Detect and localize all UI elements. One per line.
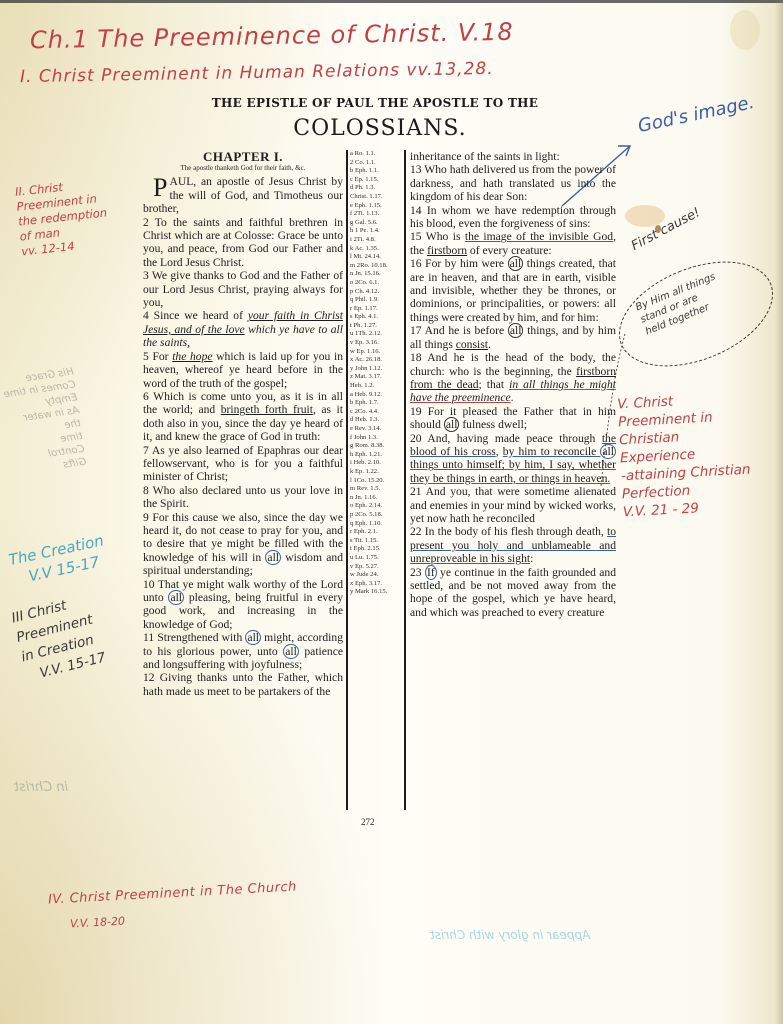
annotation-section-1: I. Christ Preeminent in Human Relations … [20, 59, 494, 87]
cross-reference: b Eph. 1.7. [350, 399, 402, 408]
verse-12: 12 Giving thanks unto the Father, which … [143, 671, 343, 698]
verse-5: 5 For the hope which is laid up for you … [143, 350, 343, 390]
cross-reference: o Eph. 2.14. [350, 502, 402, 511]
cross-reference: v Ep. 5.27. [350, 563, 402, 572]
cross-reference: g Rom. 8.38. [350, 442, 402, 451]
annotation-section-5: V. Christ Preeminent in Christian Experi… [617, 389, 753, 522]
cross-reference: r Ep. 1.17. [350, 305, 402, 314]
cross-reference: l 1Co. 15.20. [350, 477, 402, 486]
verse-13: 13 Who hath delivered us from the power … [410, 163, 616, 203]
verse-1: PAUL, an apostle of Jesus Christ by the … [143, 175, 343, 215]
cross-reference: d Ph. 1.3. [350, 184, 402, 193]
cross-reference: i Heb. 2.10. [350, 459, 402, 468]
annotation-section-3: III Christ Preeminent in Creation V.V. 1… [10, 589, 108, 686]
circled-word: all [168, 590, 184, 605]
cross-reference: 2 Co. 1.1. [350, 159, 402, 168]
cross-reference: z Mat. 3.17. [350, 373, 402, 382]
chapter-heading: CHAPTER I. [143, 150, 343, 163]
cross-reference: y Mark 16.15. [350, 588, 402, 597]
verse-8: 8 Who also declared unto us your love in… [143, 484, 343, 511]
text-column-right: inheritance of the saints in light: 13 W… [410, 150, 616, 619]
verse-7: 7 As ye also learned of Epaphras our dea… [143, 444, 343, 484]
page-top-edge [0, 0, 783, 3]
cross-reference: Christ. 1.17. [350, 193, 402, 202]
page-right-edge [775, 0, 783, 1024]
cross-reference: t Eph. 2.15. [350, 545, 402, 554]
verse-4: 4 Since we heard of your faith in Christ… [143, 309, 343, 349]
verse-19: 19 For it pleased the Father that in him… [410, 405, 616, 432]
circled-word: all [508, 323, 524, 338]
cross-reference: f 2Ti. 1.13. [350, 210, 402, 219]
cross-reference: f John 1.3. [350, 434, 402, 443]
book-title: COLOSSIANS. [230, 116, 530, 141]
cross-reference: a Ro. 1.1. [350, 150, 402, 159]
cross-reference: y John 1.12. [350, 365, 402, 374]
cross-reference: v Ep. 3.16. [350, 339, 402, 348]
cross-reference: x Ac. 26.18. [350, 356, 402, 365]
verse-10: 10 That ye might walk worthy of the Lord… [143, 578, 343, 632]
cross-reference: d Heb. 1.3. [350, 416, 402, 425]
verse-22: 22 In the body of his flesh through deat… [410, 525, 616, 565]
cross-reference: s Eph. 4.1. [350, 313, 402, 322]
verse-12-cont: inheritance of the saints in light: [410, 150, 616, 163]
verse-9: 9 For this cause we also, since the day … [143, 511, 343, 578]
annotation-faint-mirror: His Grace Comes in time Empty As in wate… [1, 365, 87, 478]
cross-reference: l Mt. 24.14. [350, 253, 402, 262]
cross-reference: e Rev. 3.14. [350, 425, 402, 434]
circled-word: all [245, 630, 261, 645]
cross-reference: m Rev. 1.5. [350, 485, 402, 494]
annotation-creation: The Creation V.V 15-17 [7, 530, 110, 589]
dropcap: P [153, 177, 167, 199]
verse-2: 2 To the saints and faithful brethren in… [143, 216, 343, 270]
verse-6: 6 Which is come unto you, as it is in al… [143, 390, 343, 444]
circled-word: all [283, 644, 299, 659]
verse-3: 3 We give thanks to God and the Father o… [143, 269, 343, 309]
cross-reference: i 2Ti. 4.8. [350, 236, 402, 245]
cross-reference: p Ch. 4.12. [350, 288, 402, 297]
cross-reference: w Ep. 1.16. [350, 348, 402, 357]
cross-reference: u 1Th. 2.12. [350, 330, 402, 339]
cross-reference: a Heb. 9.12. [350, 391, 402, 400]
paper-stain [730, 10, 760, 50]
cross-reference: t Ph. 1.27. [350, 322, 402, 331]
chapter-summary: The apostle thanketh God for their faith… [143, 164, 343, 173]
cross-reference: u Lu. 1.75. [350, 554, 402, 563]
verse-17: 17 And he is before all things, and by h… [410, 324, 616, 351]
cross-reference: h Eph. 1.21. [350, 451, 402, 460]
cross-reference: b Eph. 1.1. [350, 167, 402, 176]
cross-reference: r Eph. 2.1. [350, 528, 402, 537]
annotation-section-2: II. Christ Preeminent in the redemption … [14, 176, 111, 260]
cross-reference: k Ep. 1.22. [350, 468, 402, 477]
page-header: THE EPISTLE OF PAUL THE APOSTLE TO THE [185, 96, 565, 110]
verse-23: 23 If ye continue in the faith grounded … [410, 566, 616, 620]
circled-word: all [265, 550, 281, 565]
cross-reference: o 2Co. 6.1. [350, 279, 402, 288]
annotation-section-4-verses: V.V. 18-20 [70, 915, 126, 931]
text-column-left: CHAPTER I. The apostle thanketh God for … [143, 150, 343, 698]
verse-18: 18 And he is the head of the body, the c… [410, 351, 616, 405]
cross-reference: w Jude 24. [350, 571, 402, 580]
cross-reference: q Eph. 1.10. [350, 520, 402, 529]
page-number: 272 [361, 817, 375, 827]
cross-reference: s Tit. 1.15. [350, 537, 402, 546]
verse-21: 21 And you, that were sometime alienated… [410, 485, 616, 525]
column-rule [404, 150, 406, 810]
cross-reference: e Eph. 1.15. [350, 202, 402, 211]
scanned-page: Ch.1 The Preeminence of Christ. V.18 I. … [0, 0, 783, 1024]
cross-reference: k Ac. 1.35. [350, 245, 402, 254]
cross-reference: g Gal. 5.6. [350, 219, 402, 228]
verse-15: 15 Who is the image of the invisible God… [410, 230, 616, 257]
cross-reference: q Phil. 1.9. [350, 296, 402, 305]
verse-20: 20 And, having made peace through the bl… [410, 432, 616, 486]
annotation-section-4: IV. Christ Preeminent in The Church [48, 879, 297, 907]
circled-word: all [444, 417, 460, 432]
verse-16: 16 For by him were all things created, t… [410, 257, 616, 324]
annotation-faint-lower: in Christ [14, 780, 68, 795]
cross-reference: Heb. 1.2. [350, 382, 402, 391]
cross-reference: x Eph. 3.17. [350, 580, 402, 589]
cross-references: a Ro. 1.1.2 Co. 1.1.b Eph. 1.1.c Ep. 1.1… [350, 150, 402, 810]
circled-word: all [508, 256, 524, 271]
annotation-faint-bottom: Appear in glory with Christ [430, 928, 590, 942]
cross-reference: h 1 Pe. 1.4. [350, 227, 402, 236]
cross-reference: n Jn. 1.16. [350, 494, 402, 503]
cross-reference: p 2Co. 5.18. [350, 511, 402, 520]
cross-reference: m 2Ro. 10.18. [350, 262, 402, 271]
annotation-chapter-theme: Ch.1 The Preeminence of Christ. V.18 [30, 18, 514, 54]
circled-word: If [425, 565, 437, 580]
verse-11: 11 Strengthened with all might, accordin… [143, 631, 343, 671]
cross-reference: n Jn. 15.16. [350, 270, 402, 279]
annotation-gods-image: God's image. [636, 92, 756, 137]
cross-reference: c Ep. 1.15. [350, 176, 402, 185]
cross-reference: c 2Co. 4.4. [350, 408, 402, 417]
verse-14: 14 In whom we have redemption through hi… [410, 204, 616, 231]
column-rule [346, 150, 348, 810]
